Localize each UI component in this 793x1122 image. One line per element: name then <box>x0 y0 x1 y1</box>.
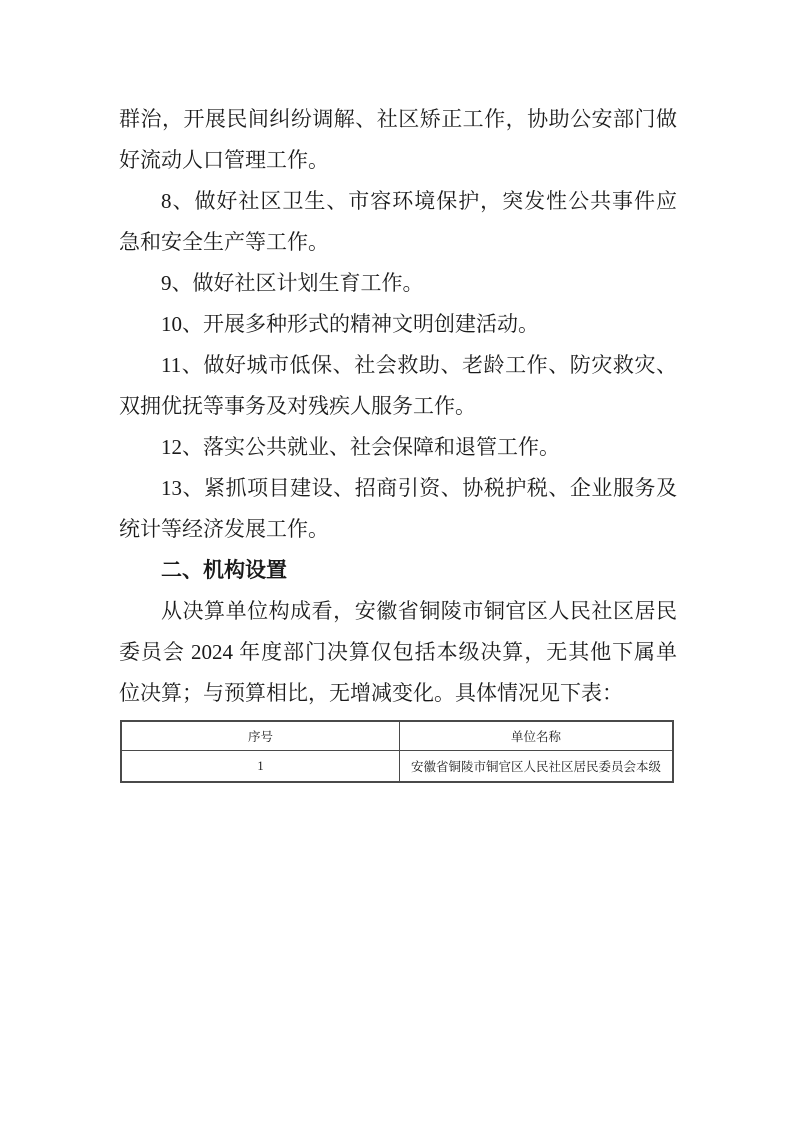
section-heading: 二、机构设置 <box>119 550 677 591</box>
text-line: 位决算；与预算相比，无增减变化。具体情况见下表： <box>119 673 677 714</box>
table-header-row: 序号 单位名称 <box>121 721 673 751</box>
document-page: 群治，开展民间纠纷调解、社区矫正工作，协助公安部门做 好流动人口管理工作。 8、… <box>0 0 793 1122</box>
table-cell-seq: 1 <box>121 751 400 783</box>
table-cell-unit-name: 安徽省铜陵市铜官区人民社区居民委员会本级 <box>400 751 674 783</box>
text-line: 从决算单位构成看，安徽省铜陵市铜官区人民社区居民 <box>119 591 677 632</box>
text-line: 委员会 2024 年度部门决算仅包括本级决算，无其他下属单 <box>119 632 677 673</box>
text-line: 双拥优抚等事务及对残疾人服务工作。 <box>119 386 677 427</box>
text-line: 13、紧抓项目建设、招商引资、协税护税、企业服务及 <box>119 468 677 509</box>
text-line: 8、做好社区卫生、市容环境保护，突发性公共事件应 <box>119 181 677 222</box>
table-header-unit-name: 单位名称 <box>400 721 674 751</box>
org-units-table: 序号 单位名称 1 安徽省铜陵市铜官区人民社区居民委员会本级 <box>120 720 674 783</box>
table-header-seq: 序号 <box>121 721 400 751</box>
document-body: 群治，开展民间纠纷调解、社区矫正工作，协助公安部门做 好流动人口管理工作。 8、… <box>119 99 677 714</box>
text-line: 11、做好城市低保、社会救助、老龄工作、防灾救灾、 <box>119 345 677 386</box>
text-line: 急和安全生产等工作。 <box>119 222 677 263</box>
text-line: 10、开展多种形式的精神文明创建活动。 <box>119 304 677 345</box>
table-row: 1 安徽省铜陵市铜官区人民社区居民委员会本级 <box>121 751 673 783</box>
text-line: 好流动人口管理工作。 <box>119 140 677 181</box>
text-line: 12、落实公共就业、社会保障和退管工作。 <box>119 427 677 468</box>
text-line: 统计等经济发展工作。 <box>119 509 677 550</box>
text-line: 群治，开展民间纠纷调解、社区矫正工作，协助公安部门做 <box>119 99 677 140</box>
text-line: 9、做好社区计划生育工作。 <box>119 263 677 304</box>
